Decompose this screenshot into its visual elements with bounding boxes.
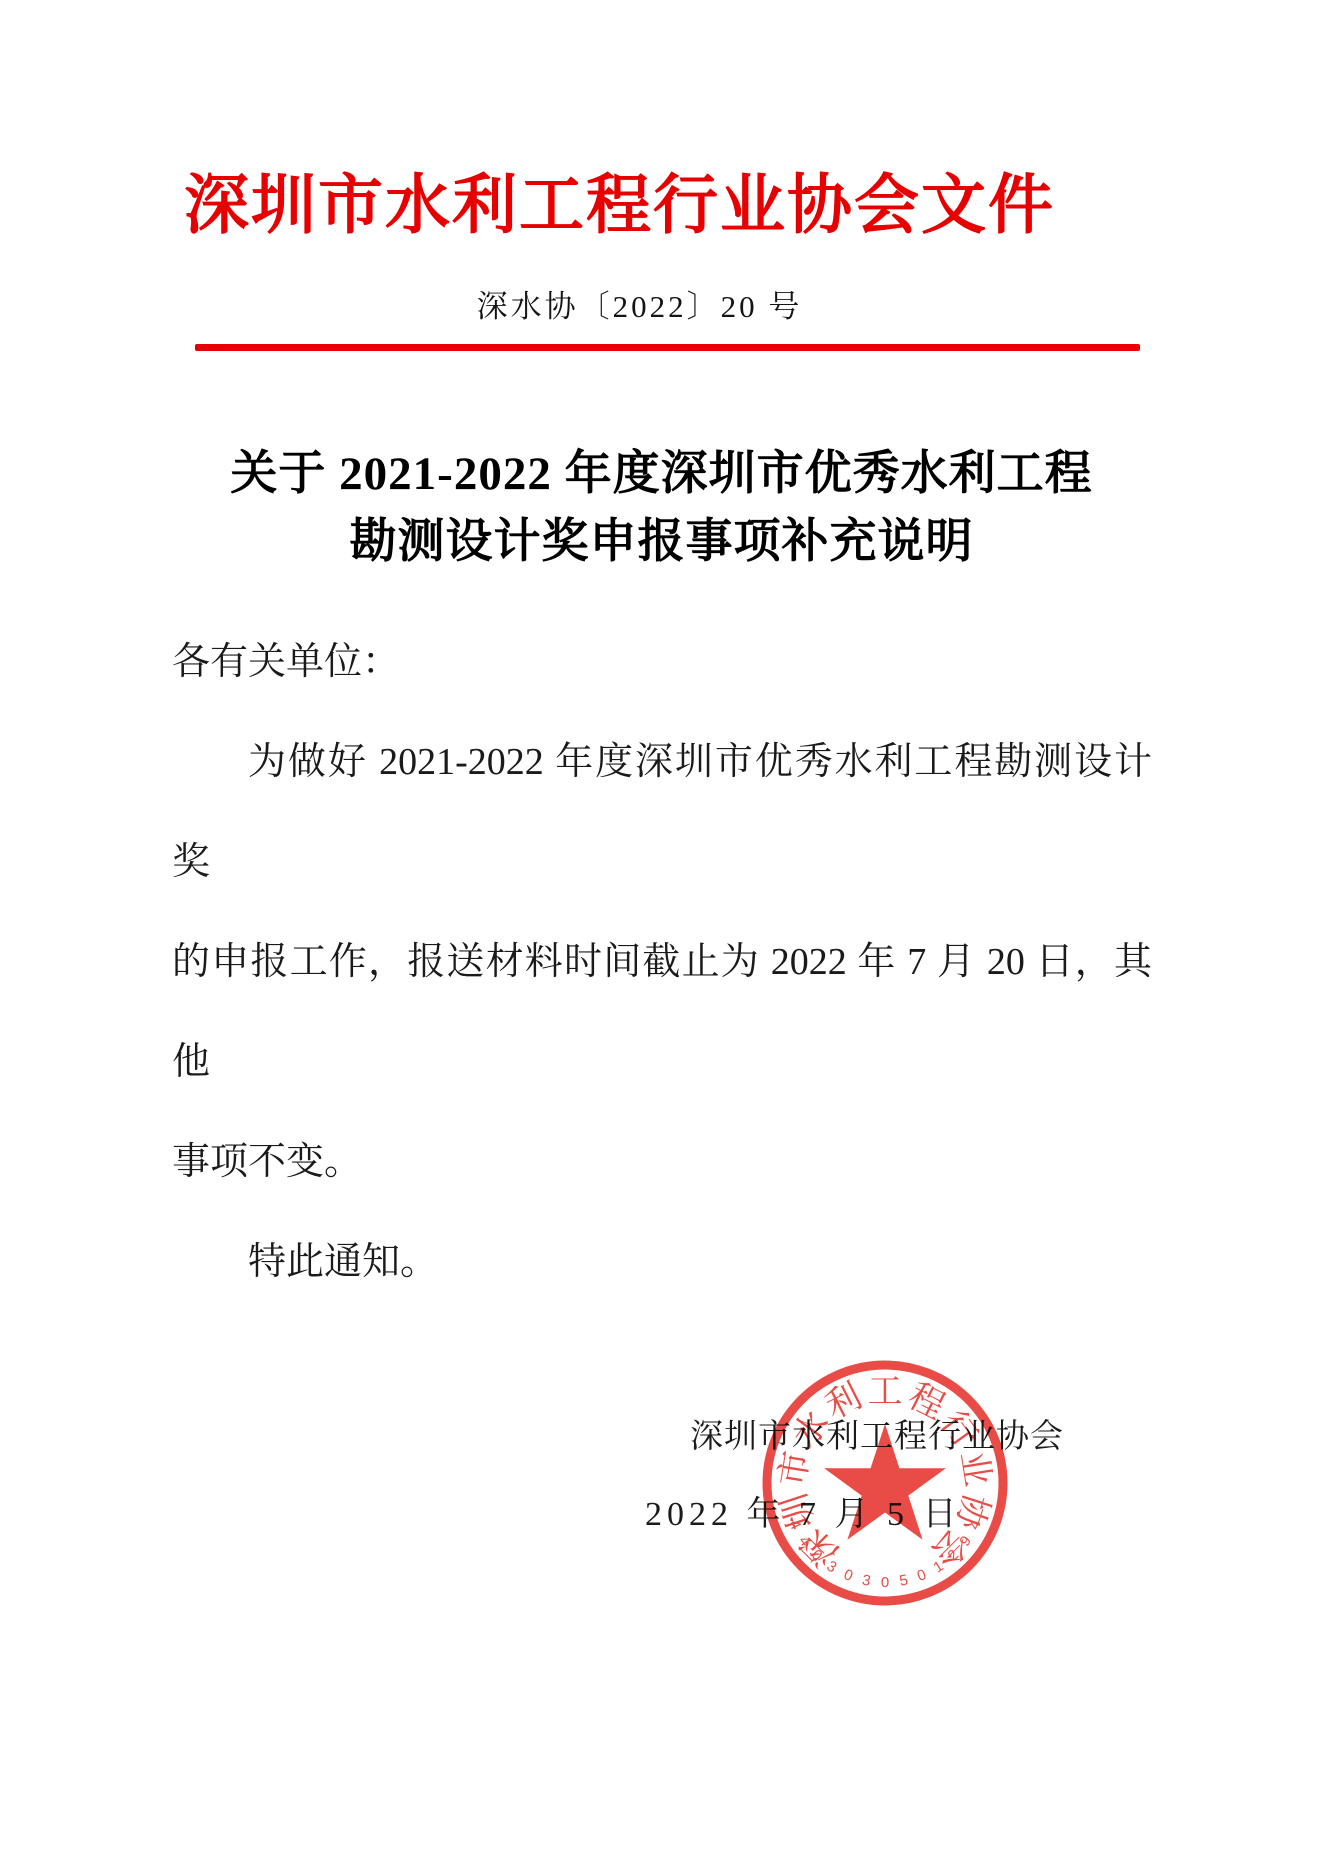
seal-glyph: 5 [898, 1572, 909, 1590]
body-line-3: 事项不变。 [172, 1112, 1152, 1212]
official-seal: 深圳市水利工程行业协会 4403030501294 [745, 1343, 1025, 1623]
document-title-line-2: 勘测设计奖申报事项补充说明 [0, 508, 1323, 576]
seal-glyph: 0 [915, 1566, 929, 1585]
document-number: 深水协〔2022〕20 号 [0, 281, 1301, 326]
seal-star [824, 1424, 946, 1540]
salutation: 各有关单位： [172, 612, 1152, 712]
closing-line: 特此通知。 [172, 1212, 1152, 1312]
official-document-page: 深圳市水利工程行业协会文件 深水协〔2022〕20 号 关于 2021-2022… [0, 0, 1323, 1871]
seal-glyph: 业 [953, 1448, 997, 1489]
document-title: 关于 2021-2022 年度深圳市优秀水利工程 勘测设计奖申报事项补充说明 [0, 440, 1323, 576]
body-line-2: 的申报工作，报送材料时间截止为 2022 年 7 月 20 日，其他 [172, 912, 1152, 1112]
document-body: 各有关单位： 为做好 2021-2022 年度深圳市优秀水利工程勘测设计奖 的申… [172, 612, 1152, 1312]
seal-glyph: 市 [773, 1448, 817, 1489]
red-divider-rule [195, 344, 1140, 351]
seal-glyph: 0 [841, 1566, 855, 1585]
seal-glyph: 工 [867, 1372, 902, 1411]
seal-glyph: 0 [881, 1574, 889, 1591]
red-header-title: 深圳市水利工程行业协会文件 [0, 152, 1281, 246]
document-title-line-1: 关于 2021-2022 年度深圳市优秀水利工程 [0, 440, 1323, 508]
body-line-1: 为做好 2021-2022 年度深圳市优秀水利工程勘测设计奖 [172, 712, 1152, 912]
seal-glyph: 3 [861, 1572, 872, 1590]
